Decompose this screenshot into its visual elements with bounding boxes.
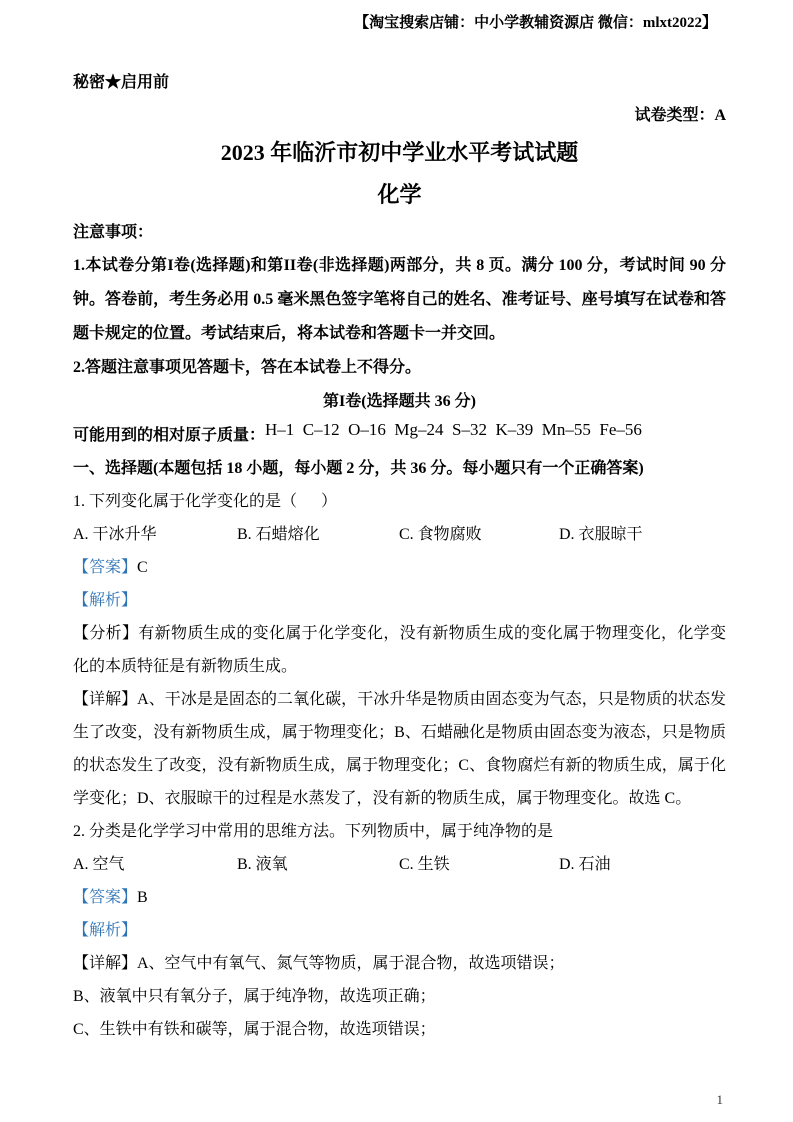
question-1-analysis: 【分析】有新物质生成的变化属于化学变化，没有新物质生成的变化属于物理变化，化学变… <box>73 617 726 683</box>
page-content: 秘密★启用前 试卷类型：A 2023 年临沂市初中学业水平考试试题 化学 注意事… <box>73 66 726 1046</box>
secrecy-label: 秘密★启用前 <box>73 66 726 99</box>
question-1-answer-line: 【答案】C <box>73 551 726 584</box>
question-2-detail-line: C、生铁中有铁和碳等，属于混合物，故选项错误； <box>73 1013 726 1046</box>
answer-value: B <box>137 889 148 906</box>
option-b: B. 石蜡熔化 <box>237 518 399 551</box>
answer-value: C <box>137 559 148 576</box>
option-a: A. 干冰升华 <box>73 518 237 551</box>
question-2: 2. 分类是化学学习中常用的思维方法。下列物质中，属于纯净物的是 A. 空气 B… <box>73 815 726 1046</box>
option-d: D. 衣服晾干 <box>559 518 726 551</box>
answer-label: 【答案】 <box>73 889 137 906</box>
detail-label: 【详解】 <box>73 691 137 708</box>
notice-item-2: 2.答题注意事项见答题卡，答在本试卷上不得分。 <box>73 351 726 385</box>
notice-item-1: 1.本试卷分第I卷(选择题)和第II卷(非选择题)两部分，共 8 页。满分 10… <box>73 249 726 351</box>
analysis-text: 有新物质生成的变化属于化学变化，没有新物质生成的变化属于物理变化，化学变化的本质… <box>73 625 726 675</box>
detail-text: A、干冰是是固态的二氧化碳，干冰升华是物质由固态变为气态，只是物质的状态发生了改… <box>73 691 726 807</box>
question-2-detail-line: 【详解】A、空气中有氧气、氮气等物质，属于混合物，故选项错误； <box>73 947 726 980</box>
atomic-mass-label: 可能用到的相对原子质量： <box>73 427 265 444</box>
question-2-detail-line: B、液氧中只有氧分子，属于纯净物，故选项正确； <box>73 980 726 1013</box>
option-b: B. 液氧 <box>237 848 399 881</box>
notices-heading: 注意事项： <box>73 216 726 249</box>
store-watermark: 【淘宝搜索店铺：中小学教辅资源店 微信：mlxt2022】 <box>354 11 717 32</box>
question-1-options: A. 干冰升华 B. 石蜡熔化 C. 食物腐败 D. 衣服晾干 <box>73 518 726 551</box>
explanation-label: 【解析】 <box>73 922 137 939</box>
question-2-answer-line: 【答案】B <box>73 881 726 914</box>
option-a: A. 空气 <box>73 848 237 881</box>
answer-label: 【答案】 <box>73 559 137 576</box>
question-1: 1. 下列变化属于化学变化的是（ ） A. 干冰升华 B. 石蜡熔化 C. 食物… <box>73 485 726 815</box>
atomic-mass-values: H–1 C–12 O–16 Mg–24 S–32 K–39 Mn–55 Fe–5… <box>265 420 642 439</box>
question-1-detail: 【详解】A、干冰是是固态的二氧化碳，干冰升华是物质由固态变为气态，只是物质的状态… <box>73 683 726 815</box>
question-2-stem: 2. 分类是化学学习中常用的思维方法。下列物质中，属于纯净物的是 <box>73 815 726 848</box>
section1-heading: 第I卷(选择题共 36 分) <box>73 385 726 418</box>
option-d: D. 石油 <box>559 848 726 881</box>
part1-heading: 一、选择题(本题包括 18 小题，每小题 2 分，共 36 分。每小题只有一个正… <box>73 452 726 485</box>
question-2-explanation-line: 【解析】 <box>73 914 726 947</box>
option-c: C. 食物腐败 <box>399 518 559 551</box>
subject-title: 化学 <box>73 174 726 216</box>
analysis-label: 【分析】 <box>73 625 138 642</box>
atomic-masses-line: 可能用到的相对原子质量：H–1 C–12 O–16 Mg–24 S–32 K–3… <box>73 418 726 452</box>
paper-type-label: 试卷类型：A <box>73 99 726 132</box>
page-number: 1 <box>717 1092 724 1108</box>
exam-page: 【淘宝搜索店铺：中小学教辅资源店 微信：mlxt2022】 秘密★启用前 试卷类… <box>0 0 793 1122</box>
question-1-explanation-line: 【解析】 <box>73 584 726 617</box>
option-c: C. 生铁 <box>399 848 559 881</box>
explanation-label: 【解析】 <box>73 592 137 609</box>
question-2-options: A. 空气 B. 液氧 C. 生铁 D. 石油 <box>73 848 726 881</box>
page-title: 2023 年临沂市初中学业水平考试试题 <box>73 132 726 174</box>
question-1-stem: 1. 下列变化属于化学变化的是（ ） <box>73 485 726 518</box>
